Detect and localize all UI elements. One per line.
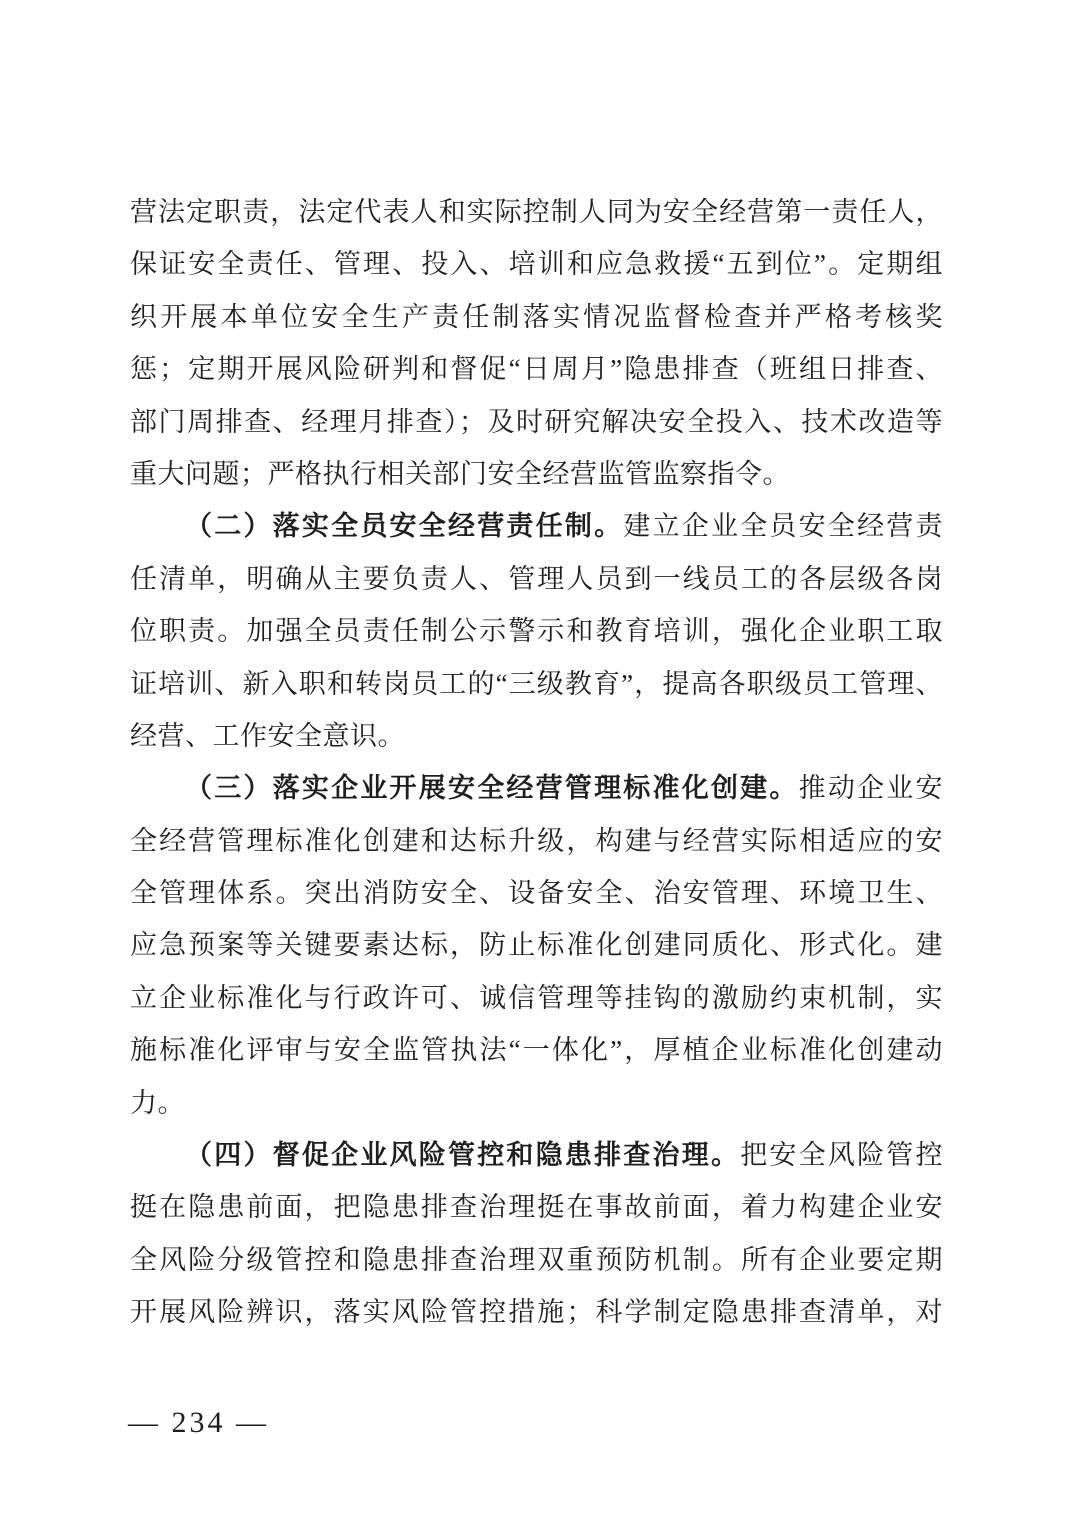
- text-run: 应急预案等关键要素达标，防止标准化创建同质化、形式化。建: [130, 930, 943, 960]
- text-line: 全经营管理标准化创建和达标升级，构建与经营实际相适应的安: [130, 815, 943, 867]
- text-run: 织开展本单位安全生产责任制落实情况监督检查并严格考核奖: [130, 302, 943, 332]
- text-line: （四）督促企业风险管控和隐患排查治理。把安全风险管控: [130, 1129, 943, 1181]
- paragraph-1-continuation: 营法定职责，法定代表人和实际控制人同为安全经营第一责任人，保证安全责任、管理、投…: [130, 186, 943, 500]
- text-line: 挺在隐患前面，把隐患排查治理挺在事故前面，着力构建企业安: [130, 1181, 943, 1233]
- page-number: — 234 —: [128, 1406, 269, 1439]
- text-run: 全经营管理标准化创建和达标升级，构建与经营实际相适应的安: [130, 826, 943, 856]
- text-run: 把安全风险管控: [740, 1140, 943, 1170]
- paragraph-2: （二）落实全员安全经营责任制。建立企业全员安全经营责任清单，明确从主要负责人、管…: [130, 500, 943, 762]
- paragraph-3: （三）落实企业开展安全经营管理标准化创建。推动企业安全经营管理标准化创建和达标升…: [130, 762, 943, 1129]
- text-line: 证培训、新入职和转岗员工的“三级教育”，提高各职级员工管理、: [130, 658, 943, 710]
- text-line: 织开展本单位安全生产责任制落实情况监督检查并严格考核奖: [130, 291, 943, 343]
- text-run: 立企业标准化与行政许可、诚信管理等挂钩的激励约束机制，实: [130, 983, 943, 1013]
- text-line: 立企业标准化与行政许可、诚信管理等挂钩的激励约束机制，实: [130, 972, 943, 1024]
- text-line: 全风险分级管控和隐患排查治理双重预防机制。所有企业要定期: [130, 1234, 943, 1286]
- text-line: （三）落实企业开展安全经营管理标准化创建。推动企业安: [130, 762, 943, 814]
- paragraph-heading-run: （四）督促企业风险管控和隐患排查治理。: [185, 1140, 740, 1170]
- text-run: 挺在隐患前面，把隐患排查治理挺在事故前面，着力构建企业安: [130, 1192, 943, 1222]
- text-run: 全管理体系。突出消防安全、设备安全、治安管理、环境卫生、: [130, 878, 943, 908]
- text-line: 保证安全责任、管理、投入、培训和应急救援“五到位”。定期组: [130, 238, 943, 290]
- document-page: 营法定职责，法定代表人和实际控制人同为安全经营第一责任人，保证安全责任、管理、投…: [0, 0, 1074, 1520]
- text-line: 力。: [130, 1077, 943, 1129]
- text-line: 开展风险辨识，落实风险管控措施；科学制定隐患排查清单，对: [130, 1286, 943, 1338]
- text-run: 全风险分级管控和隐患排查治理双重预防机制。所有企业要定期: [130, 1245, 943, 1275]
- text-line: 部门周排查、经理月排查）；及时研究解决安全投入、技术改造等: [130, 396, 943, 448]
- text-line: 惩；定期开展风险研判和督促“日周月”隐患排查（班组日排查、: [130, 343, 943, 395]
- text-line: 任清单，明确从主要负责人、管理人员到一线员工的各层级各岗: [130, 553, 943, 605]
- text-line: 营法定职责，法定代表人和实际控制人同为安全经营第一责任人，: [130, 186, 943, 238]
- paragraph-4: （四）督促企业风险管控和隐患排查治理。把安全风险管控挺在隐患前面，把隐患排查治理…: [130, 1129, 943, 1339]
- text-line: 施标准化评审与安全监管执法“一体化”，厚植企业标准化创建动: [130, 1024, 943, 1076]
- paragraph-heading-run: （二）落实全员安全经营责任制。: [185, 511, 623, 541]
- text-run: 营法定职责，法定代表人和实际控制人同为安全经营第一责任人，: [130, 197, 943, 227]
- page-footer: — 234 —: [128, 1405, 269, 1441]
- text-run: 重大问题；严格执行相关部门安全经营监管监察指令。: [130, 459, 790, 489]
- text-line: 位职责。加强全员责任制公示警示和教育培训，强化企业职工取: [130, 605, 943, 657]
- text-run: 位职责。加强全员责任制公示警示和教育培训，强化企业职工取: [130, 616, 943, 646]
- document-body: 营法定职责，法定代表人和实际控制人同为安全经营第一责任人，保证安全责任、管理、投…: [130, 186, 943, 1339]
- text-run: 施标准化评审与安全监管执法“一体化”，厚植企业标准化创建动: [130, 1035, 943, 1065]
- text-run: 开展风险辨识，落实风险管控措施；科学制定隐患排查清单，对: [130, 1297, 943, 1327]
- text-line: 重大问题；严格执行相关部门安全经营监管监察指令。: [130, 448, 943, 500]
- text-run: 推动企业安: [799, 773, 943, 803]
- text-run: 经营、工作安全意识。: [130, 721, 405, 751]
- text-line: 全管理体系。突出消防安全、设备安全、治安管理、环境卫生、: [130, 867, 943, 919]
- text-run: 建立企业全员安全经营责: [623, 511, 943, 541]
- text-run: 惩；定期开展风险研判和督促“日周月”隐患排查（班组日排查、: [130, 354, 943, 384]
- text-run: 力。: [130, 1088, 185, 1118]
- paragraph-heading-run: （三）落实企业开展安全经营管理标准化创建。: [185, 773, 799, 803]
- text-run: 部门周排查、经理月排查）；及时研究解决安全投入、技术改造等: [130, 407, 943, 437]
- text-run: 证培训、新入职和转岗员工的“三级教育”，提高各职级员工管理、: [130, 669, 943, 699]
- text-line: （二）落实全员安全经营责任制。建立企业全员安全经营责: [130, 500, 943, 552]
- text-line: 应急预案等关键要素达标，防止标准化创建同质化、形式化。建: [130, 919, 943, 971]
- text-line: 经营、工作安全意识。: [130, 710, 943, 762]
- text-run: 保证安全责任、管理、投入、培训和应急救援“五到位”。定期组: [130, 249, 943, 279]
- text-run: 任清单，明确从主要负责人、管理人员到一线员工的各层级各岗: [130, 564, 943, 594]
